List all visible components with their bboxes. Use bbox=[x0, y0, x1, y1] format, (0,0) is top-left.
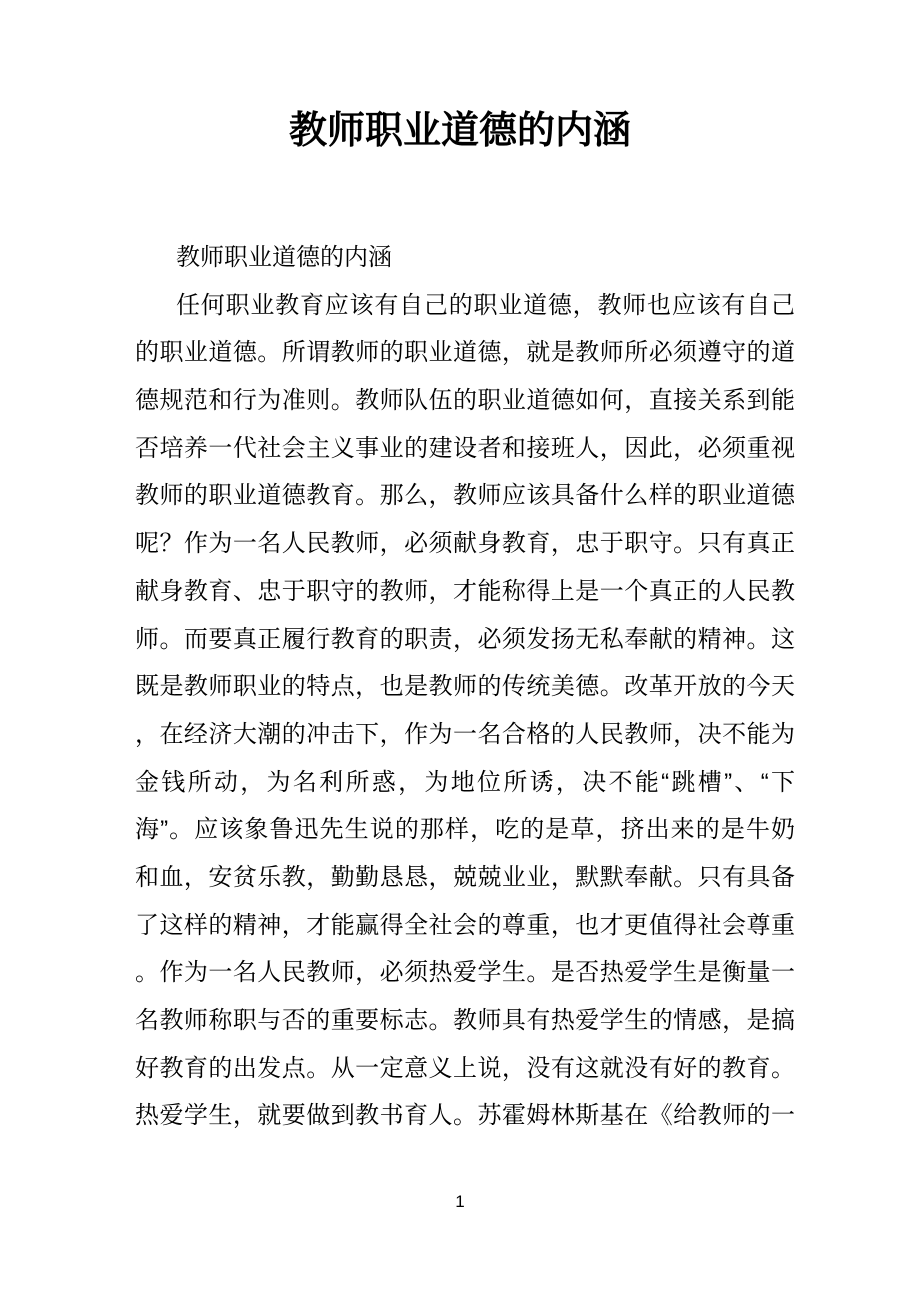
body-intro-line: 教师职业道德的内涵 bbox=[135, 234, 795, 282]
page-number: 1 bbox=[455, 1192, 464, 1211]
paragraph: 任何职业教育应该有自己的职业道德，教师也应该有自己的职业道德。所谓教师的职业道德… bbox=[135, 282, 795, 1140]
paragraph-line: 呢？作为一名人民教师，必须献身教育，忠于职守。只有真正 bbox=[135, 520, 795, 568]
document-page: 教师职业道德的内涵 教师职业道德的内涵 任何职业教育应该有自己的职业道德，教师也… bbox=[0, 0, 920, 1302]
page-footer: 1 bbox=[0, 1191, 920, 1213]
paragraph-line: 教师的职业道德教育。那么，教师应该具备什么样的职业道德 bbox=[135, 472, 795, 520]
paragraph-line: 好教育的出发点。从一定意义上说，没有这就没有好的教育。 bbox=[135, 1045, 795, 1093]
paragraph-line: 师。而要真正履行教育的职责，必须发扬无私奉献的精神。这 bbox=[135, 616, 795, 664]
paragraph-line: 海”。应该象鲁迅先生说的那样，吃的是草，挤出来的是牛奶 bbox=[135, 806, 795, 854]
paragraph-line: 名教师称职与否的重要标志。教师具有热爱学生的情感，是搞 bbox=[135, 997, 795, 1045]
paragraph-line: 的职业道德。所谓教师的职业道德，就是教师所必须遵守的道 bbox=[135, 329, 795, 377]
paragraph-line: 和血，安贫乐教，勤勤恳恳，兢兢业业，默默奉献。只有具备 bbox=[135, 854, 795, 902]
paragraph-line: 献身教育、忠于职守的教师，才能称得上是一个真正的人民教 bbox=[135, 568, 795, 616]
paragraph-line: 了这样的精神，才能赢得全社会的尊重，也才更值得社会尊重 bbox=[135, 902, 795, 950]
document-body: 教师职业道德的内涵 任何职业教育应该有自己的职业道德，教师也应该有自己的职业道德… bbox=[135, 234, 795, 1140]
paragraph-line: 否培养一代社会主义事业的建设者和接班人，因此，必须重视 bbox=[135, 425, 795, 473]
paragraph-line: ，在经济大潮的冲击下，作为一名合格的人民教师，决不能为 bbox=[135, 711, 795, 759]
paragraph-line: 既是教师职业的特点，也是教师的传统美德。改革开放的今天 bbox=[135, 663, 795, 711]
paragraph-line: 德规范和行为准则。教师队伍的职业道德如何，直接关系到能 bbox=[135, 377, 795, 425]
document-title: 教师职业道德的内涵 bbox=[0, 107, 920, 155]
paragraph-line: 金钱所动，为名利所惑，为地位所诱，决不能“跳槽”、“下 bbox=[135, 759, 795, 807]
paragraph-line: 任何职业教育应该有自己的职业道德，教师也应该有自己 bbox=[135, 282, 795, 330]
paragraph-line: 。作为一名人民教师，必须热爱学生。是否热爱学生是衡量一 bbox=[135, 949, 795, 997]
paragraph-line: 热爱学生，就要做到教书育人。苏霍姆林斯基在《给教师的一 bbox=[135, 1092, 795, 1140]
